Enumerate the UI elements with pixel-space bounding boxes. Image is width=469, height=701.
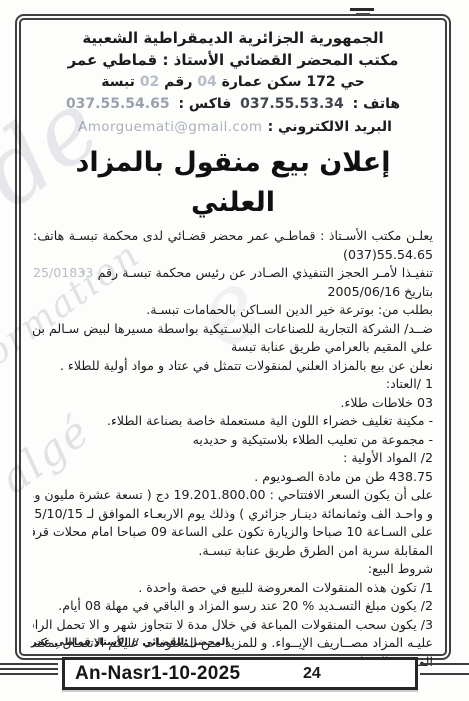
address-part: حي 172 سكن عمارة — [217, 74, 365, 90]
office-address: حي 172 سكن عمارة 04 رقم 02 تبسة — [33, 71, 433, 93]
fax-number: 037.55.54.65 — [66, 96, 170, 112]
body-text-segment: تنفيـذا لأمـر الحجز التنفيذي الصـادر عن … — [93, 265, 433, 280]
body-text-segment: 03 خلاطات طلاء. — [340, 395, 433, 410]
body-text-segment: و واحـد الف وثمانمائة دينـار جزائري ) وذ… — [33, 506, 433, 521]
republic-header: الجمهورية الجزائرية الديمقراطية الشعبية — [33, 27, 433, 49]
body-line: 2/ المواد الأولية : — [33, 449, 433, 468]
body-line: ⁦(037)55.54.65⁩ — [33, 246, 433, 265]
body-text-segment: - مجموعة من تعليب الطلاء بلاستيكية و حدي… — [193, 432, 433, 447]
body-text-segment: 2/ المواد الأولية : — [343, 450, 433, 465]
body-line: 1/ تكون هذه المنقولات المعروضة للبيع في … — [33, 579, 433, 598]
body-text-segment: 2/ يكون مبلغ التسـديد ⁦20 %⁩ عند رسو الم… — [58, 598, 433, 613]
fax-label: فاكس : — [178, 96, 231, 112]
body-line: 03 خلاطات طلاء. — [33, 394, 433, 413]
body-text-segment: يعلـن مكتب الأسـتاذ : قماطـي عمر محضر قض… — [33, 228, 433, 243]
address-part: 04 — [197, 74, 216, 90]
body-line: علي المقيم بالعرامي طريق عنابة تبسة — [33, 338, 433, 357]
body-text-segment: شروط البيع: — [368, 561, 433, 576]
page-number: 24 — [303, 665, 321, 683]
body-line: شروط البيع: — [33, 560, 433, 579]
signature-line: المحضر :القضائي // الأستاذ قماطي عمر — [31, 637, 229, 648]
body-line: بتاريخ 2005/06/16 — [33, 283, 433, 302]
body-line: 3/ يكون سحب المنقولات المباعة في خلال مد… — [33, 616, 433, 635]
body-line: ضــد/ الشركة التجارية للصناعات البلاسـتي… — [33, 320, 433, 339]
body-line: يعلـن مكتب الأسـتاذ : قماطـي عمر محضر قض… — [33, 227, 433, 246]
body-text-segment: على أن يكون السعر الافتتاحي : 19.201.800… — [33, 487, 433, 502]
body-text-segment: بطلب من: بوترعة خير الدين السـاكن بالحما… — [146, 302, 433, 317]
body-text-segment: ⁦(037)55.54.65⁩ — [343, 247, 433, 262]
body-text-segment: 1/ تكون هذه المنقولات المعروضة للبيع في … — [138, 580, 433, 595]
body-text-segment: نعلن عن بيع بالمزاد العلني لمنقولات تتمث… — [60, 358, 433, 373]
body-line: و واحـد الف وثمانمائة دينـار جزائري ) وذ… — [33, 505, 433, 524]
body-line: - مجموعة من تعليب الطلاء بلاستيكية و حدي… — [33, 431, 433, 450]
body-line: - مكينة تغليف خضراء اللون الية مستعملة خ… — [33, 412, 433, 431]
body-text-segment: المقابلة سرية امن الطرق طريق عنابة تبسـة… — [198, 543, 433, 558]
body-text-segment: ضــد/ الشركة التجارية للصناعات البلاسـتي… — [33, 321, 433, 336]
body-line: على أن يكون السعر الافتتاحي : 19.201.800… — [33, 486, 433, 505]
contact-line: هاتف : 037.55.53.34 فاكس : 037.55.54.65 — [33, 93, 433, 115]
body-text-segment: 438.75 طن من مادة الصـوديوم . — [254, 469, 433, 484]
body-line: بطلب من: بوترعة خير الدين السـاكن بالحما… — [33, 301, 433, 320]
address-part: تبسة — [101, 74, 140, 90]
body-line: 2/ يكون مبلغ التسـديد ⁦20 %⁩ عند رسو الم… — [33, 597, 433, 616]
body-text-segment: 1 /العتاد: — [386, 376, 433, 391]
body-text-segment: 3/ يكون سحب المنقولات المباعة في خلال مد… — [33, 617, 433, 632]
body-text-segment: علي المقيم بالعرامي طريق عنابة تبسة — [231, 339, 433, 354]
notice-border-frame: الجمهورية الجزائرية الديمقراطية الشعبية … — [15, 14, 451, 660]
body-text-segment: 25/01833 — [33, 265, 93, 280]
email-line: البريد الالكتروني : Amorguemati@gmail.co… — [33, 115, 433, 138]
address-part: رقم — [159, 74, 197, 90]
body-text-segment: - مكينة تغليف خضراء اللون الية مستعملة خ… — [107, 413, 433, 428]
body-line: 1 /العتاد: — [33, 375, 433, 394]
phone-number: 037.55.53.34 — [240, 96, 344, 112]
phone-label: هاتف : — [353, 96, 400, 112]
notice-title: إعلان بيع منقول بالمزاد العلني — [33, 143, 433, 223]
newspaper-footer-stamp: An-Nasr1-10-2025 24 — [62, 657, 418, 690]
scan-line-left — [0, 663, 58, 676]
scan-artifact-mark — [350, 8, 374, 11]
body-text-segment: على السـاعة 10 صباحا والزيارة تكون على ا… — [33, 524, 433, 539]
body-line: تنفيـذا لأمـر الحجز التنفيذي الصـادر عن … — [33, 264, 433, 283]
body-line: نعلن عن بيع بالمزاد العلني لمنقولات تتمث… — [33, 357, 433, 376]
scanned-auction-notice: { "header": { "line1": "الجمهورية الجزائ… — [0, 0, 469, 701]
email-label: البريد الالكتروني : — [268, 119, 392, 135]
body-line: على السـاعة 10 صباحا والزيارة تكون على ا… — [33, 523, 433, 542]
newspaper-date-label: An-Nasr1-10-2025 — [75, 663, 240, 685]
email-address: Amorguemati@gmail.com — [78, 116, 262, 138]
office-name: مكتب المحضر القضائي الأستاذ : قماطي عمر — [33, 49, 433, 71]
scan-line-right — [420, 663, 469, 675]
scan-artifact-mark — [356, 13, 370, 15]
body-text-segment: بتاريخ 2005/06/16 — [328, 284, 433, 299]
body-line: المقابلة سرية امن الطرق طريق عنابة تبسـة… — [33, 542, 433, 561]
notice-body: يعلـن مكتب الأسـتاذ : قماطـي عمر محضر قض… — [33, 227, 433, 671]
body-line: 438.75 طن من مادة الصـوديوم . — [33, 468, 433, 487]
address-part: 02 — [140, 74, 159, 90]
